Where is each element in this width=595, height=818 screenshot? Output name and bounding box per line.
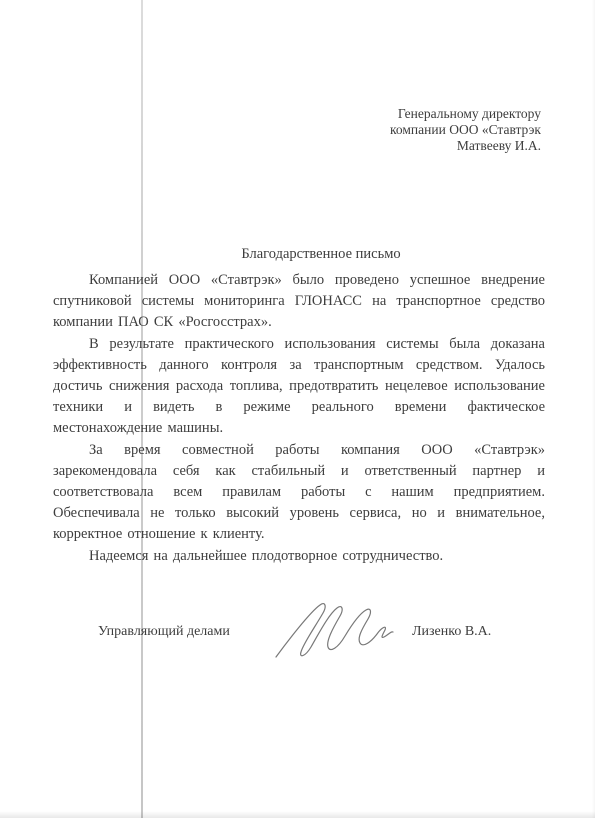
signer-name: Лизенко В.А.: [412, 624, 491, 640]
body-paragraph-2: В результате практического использования…: [53, 334, 545, 440]
letter-page: Генеральному директору компании ООО «Ста…: [0, 0, 595, 818]
body-paragraph-3: За время совместной работы компания ООО …: [53, 440, 545, 546]
letter-title: Благодарственное письмо: [53, 246, 545, 263]
addressee-block: Генеральному директору компании ООО «Ста…: [390, 106, 541, 154]
handwritten-signature-icon: [270, 596, 395, 666]
addressee-line: Генеральному директору: [390, 106, 541, 122]
scan-bottom-edge-shadow: [0, 811, 595, 818]
body-paragraph-1: Компанией ООО «Ставтрэк» было проведено …: [53, 270, 545, 334]
addressee-line: Матвееву И.А.: [390, 138, 541, 154]
letter-body: Компанией ООО «Ставтрэк» было проведено …: [53, 270, 545, 567]
addressee-line: компании ООО «Ставтрэк: [390, 122, 541, 138]
body-paragraph-4: Надеемся на дальнейшее плодотворное сотр…: [53, 546, 545, 567]
signer-position-title: Управляющий делами: [98, 624, 230, 640]
